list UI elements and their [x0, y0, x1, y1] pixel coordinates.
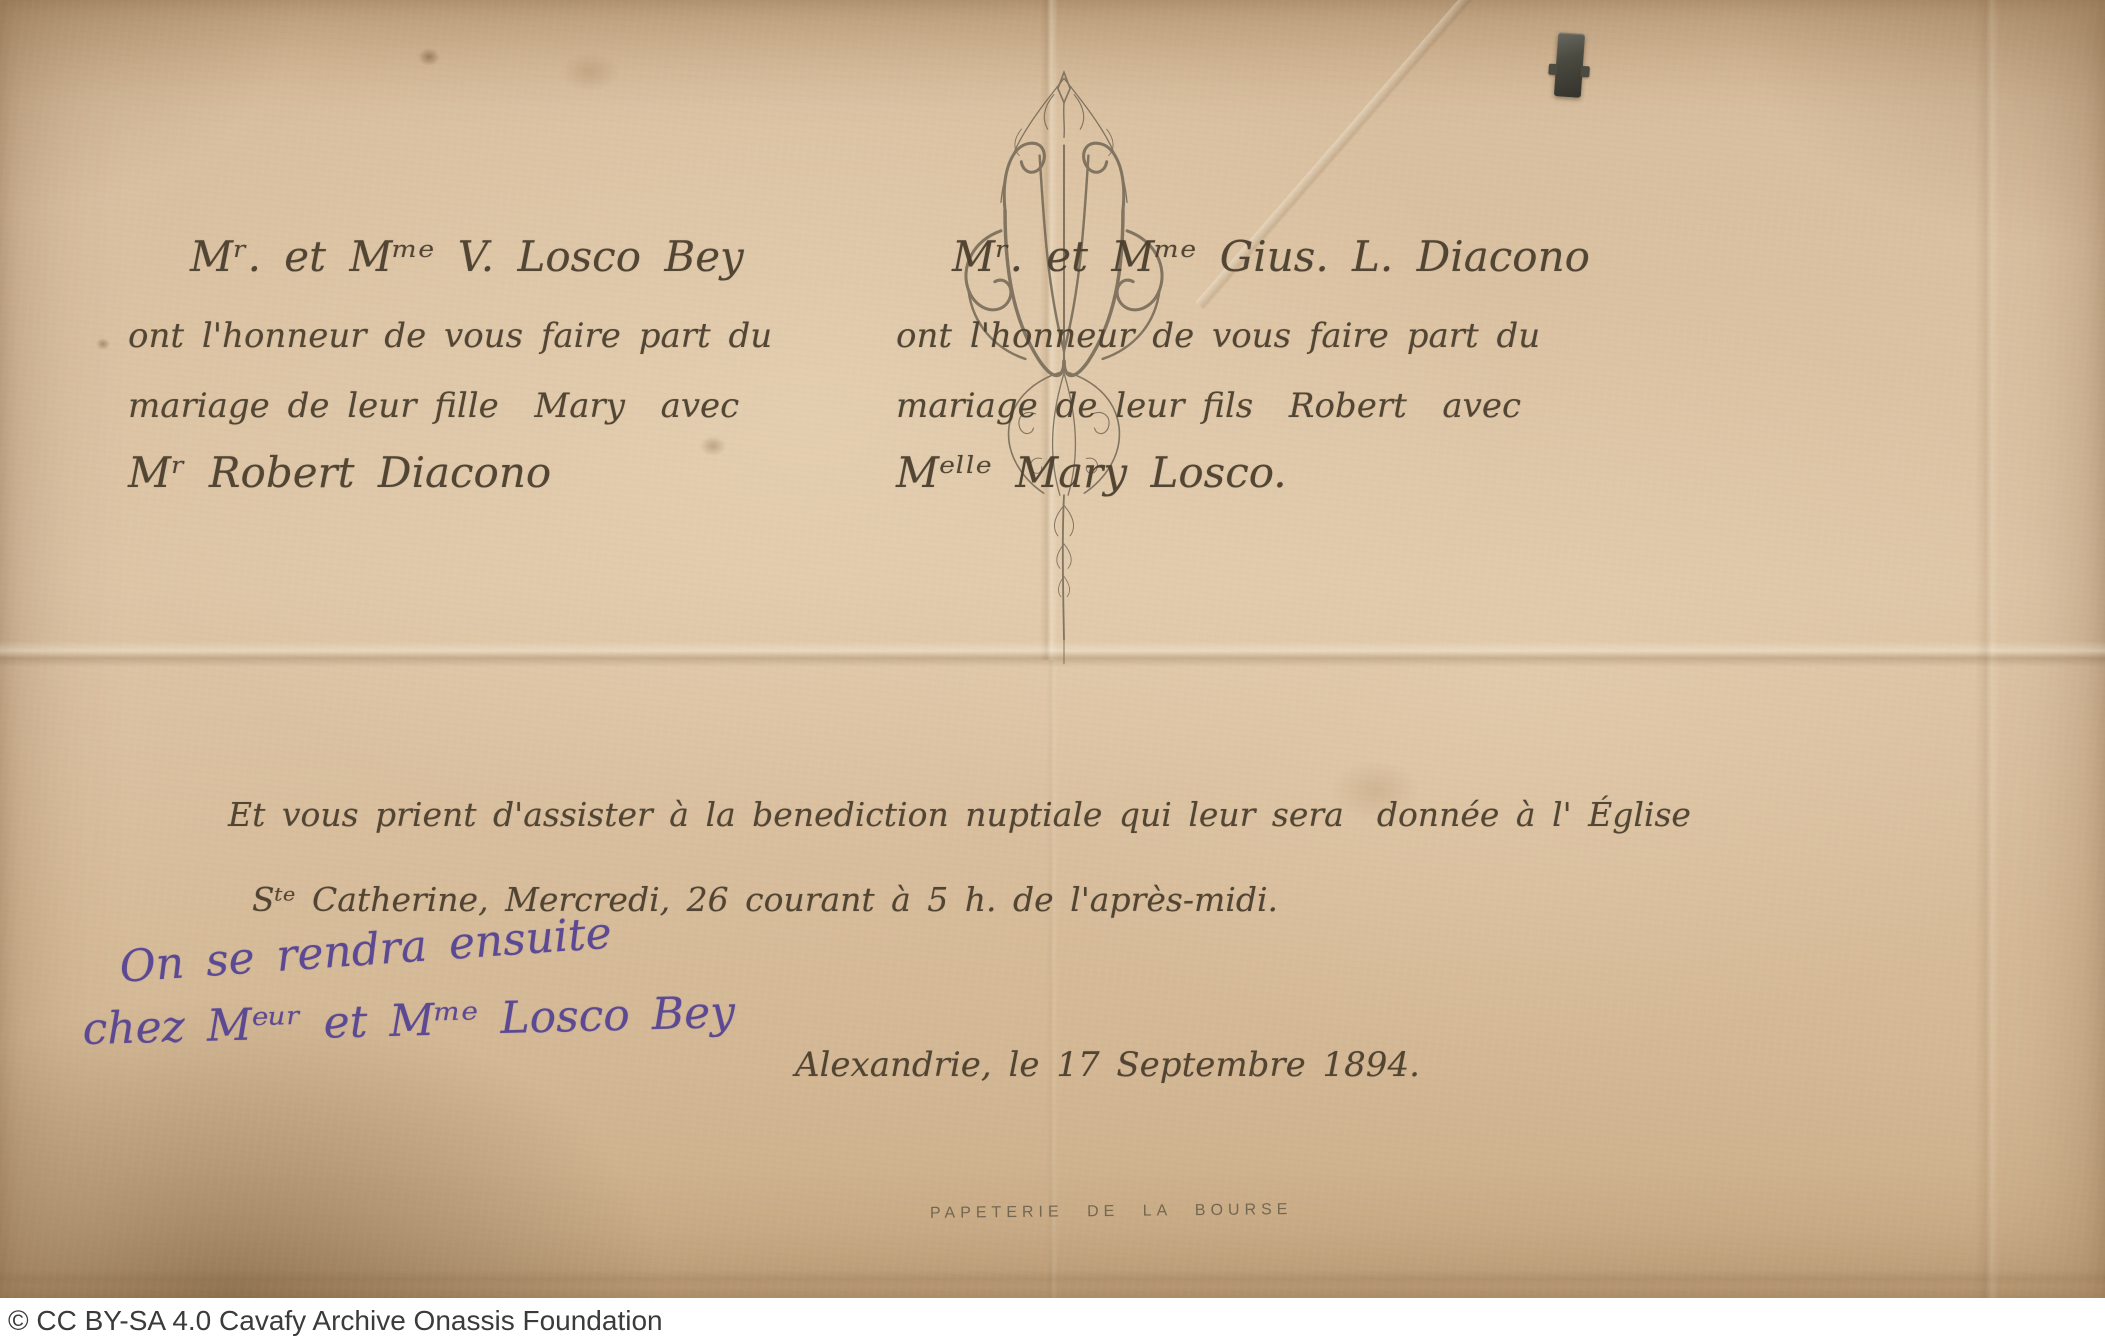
metal-fastener-clip	[1554, 32, 1585, 98]
right-parents-names: Mʳ. et Mᵐᵉ Gius. L. Diacono	[952, 232, 1590, 281]
dateline: Alexandrie, le 17 Septembre 1894.	[795, 1045, 1420, 1085]
right-edge-fold	[1975, 0, 1999, 1298]
left-groom-name: Mʳ Robert Diacono	[128, 448, 551, 497]
invitation-benediction-line: Et vous prient d'assister à la benedicti…	[228, 795, 1691, 834]
scanned-wedding-invitation: Mʳ. et Mᵐᵉ V. Losco Bey ont l'honneur de…	[0, 0, 2105, 1343]
monogram-ornament-icon	[942, 58, 1186, 668]
license-footer-bar: © CC BY-SA 4.0 Cavafy Archive Onassis Fo…	[0, 1298, 2105, 1343]
stationer-imprint: PAPETERIE DE LA BOURSE	[930, 1201, 1293, 1223]
license-text: © CC BY-SA 4.0 Cavafy Archive Onassis Fo…	[8, 1298, 663, 1343]
left-parents-names: Mʳ. et Mᵐᵉ V. Losco Bey	[190, 232, 744, 281]
right-bride-name: Mᵉˡˡᵉ Mary Losco.	[896, 448, 1287, 497]
invitation-church-time-line: Sᵗᵉ Catherine, Mercredi, 26 courant à 5 …	[252, 880, 1278, 919]
right-honneur-line: ont l'honneur de vous faire part du	[896, 316, 1540, 356]
lower-fold-crease	[0, 1270, 2105, 1286]
vertical-fold-crease-bottom	[1046, 660, 1058, 1298]
right-mariage-line: mariage de leur fils Robert avec	[896, 386, 1521, 426]
left-mariage-line: mariage de leur fille Mary avec	[128, 386, 739, 426]
left-honneur-line: ont l'honneur de vous faire part du	[128, 316, 772, 356]
